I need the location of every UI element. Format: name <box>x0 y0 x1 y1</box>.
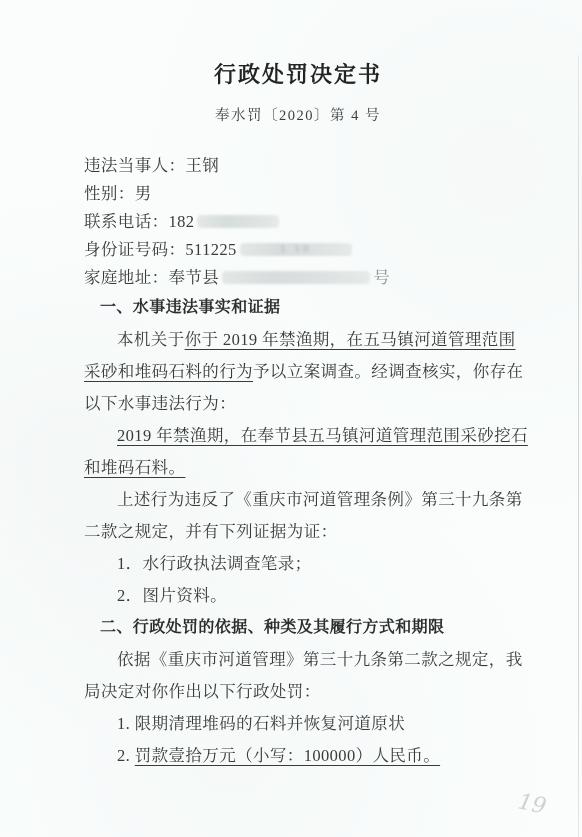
gender-line: 性别：男 <box>84 180 512 208</box>
redaction-smudge: 1 10 <box>240 243 352 256</box>
text-line: 2019 年禁渔期，在奉节县五马镇河道管理范围采砂挖石 <box>84 420 512 452</box>
address-line: 家庭地址：奉节县号 <box>84 264 512 292</box>
text-segment: 性别：男 <box>84 184 152 203</box>
redaction-smudge <box>222 271 370 284</box>
text-segment: 以下水事违法行为： <box>84 394 236 413</box>
text-segment: 号 <box>373 268 390 287</box>
document-content: 行政处罚决定书 奉水罚〔2020〕第 4 号 违法当事人：王钢性别：男联系电话：… <box>0 0 582 772</box>
text-line: 2. 罚款壹拾万元（小写：100000）人民币。 <box>84 740 512 772</box>
underlined-text: 2019 年禁渔期，在奉节县五马镇河道管理范围采砂挖石 <box>117 426 528 445</box>
underlined-text: 和堆码石料。 <box>84 458 185 477</box>
text-segment: 局决定对你作出以下行政处罚： <box>84 682 321 701</box>
text-segment: 1. 限期清理堆码的石料并恢复河道原状 <box>117 714 405 733</box>
text-line: 依据《重庆市河道管理》第三十九条第二款之规定，我 <box>84 644 512 676</box>
text-segment: 家庭地址：奉节县 <box>84 268 219 287</box>
redaction-smudge <box>197 215 279 228</box>
redacted-text-hint: 1 10 <box>240 243 352 256</box>
text-segment: 本机关于 <box>117 330 185 349</box>
text-segment: 2．图片资料。 <box>117 586 227 605</box>
text-segment: 二款之规定，并有下列证据为证： <box>84 522 338 541</box>
text-line: 局决定对你作出以下行政处罚： <box>84 676 512 708</box>
phone-line: 联系电话：182 <box>84 208 512 236</box>
document-number: 奉水罚〔2020〕第 4 号 <box>84 106 512 126</box>
handwritten-page-number: 19 <box>516 789 549 819</box>
text-segment: 予以立案调查。经调查核实，你存在 <box>253 362 523 381</box>
text-segment: 联系电话：182 <box>84 212 194 231</box>
text-segment: 违法当事人：王钢 <box>84 156 219 175</box>
text-line: 1. 限期清理堆码的石料并恢复河道原状 <box>84 708 512 740</box>
text-segment: 依据《重庆市河道管理》第三十九条第二款之规定，我 <box>117 650 523 669</box>
penalty-decision-scan: 行政处罚决定书 奉水罚〔2020〕第 4 号 违法当事人：王钢性别：男联系电话：… <box>0 0 582 837</box>
text-segment: 二、行政处罚的依据、种类及其履行方式和期限 <box>100 619 444 636</box>
text-line: 以下水事违法行为： <box>84 388 512 420</box>
section-1-heading: 一、水事违法事实和证据 <box>84 292 512 324</box>
underlined-text: 采砂和堆码石料的行为 <box>84 362 253 381</box>
section-2-heading: 二、行政处罚的依据、种类及其履行方式和期限 <box>84 612 512 644</box>
text-segment: 2. <box>117 746 135 765</box>
text-line: 二款之规定，并有下列证据为证： <box>84 516 512 548</box>
text-segment: 上述行为违反了《重庆市河道管理条例》第三十九条第 <box>117 490 523 509</box>
text-line: 上述行为违反了《重庆市河道管理条例》第三十九条第 <box>84 484 512 516</box>
text-segment: 身份证号码：511225 <box>84 240 237 259</box>
text-line: 采砂和堆码石料的行为予以立案调查。经调查核实，你存在 <box>84 356 512 388</box>
text-line: 1．水行政执法调查笔录； <box>84 548 512 580</box>
underlined-text: 罚款壹拾万元（小写：100000）人民币。 <box>135 746 440 765</box>
party-name-line: 违法当事人：王钢 <box>84 152 512 180</box>
text-segment: 一、水事违法事实和证据 <box>100 299 280 316</box>
document-body: 违法当事人：王钢性别：男联系电话：182身份证号码：5112251 10家庭地址… <box>84 152 512 772</box>
text-line: 2．图片资料。 <box>84 580 512 612</box>
underlined-text: 你于 2019 年禁渔期，在五马镇河道管理范围 <box>185 330 516 349</box>
id-number-line: 身份证号码：5112251 10 <box>84 236 512 264</box>
scan-edge-line <box>578 55 579 837</box>
text-line: 和堆码石料。 <box>84 452 512 484</box>
text-segment: 1．水行政执法调查笔录； <box>117 554 312 573</box>
document-title: 行政处罚决定书 <box>84 58 512 92</box>
text-line: 本机关于你于 2019 年禁渔期，在五马镇河道管理范围 <box>84 324 512 356</box>
